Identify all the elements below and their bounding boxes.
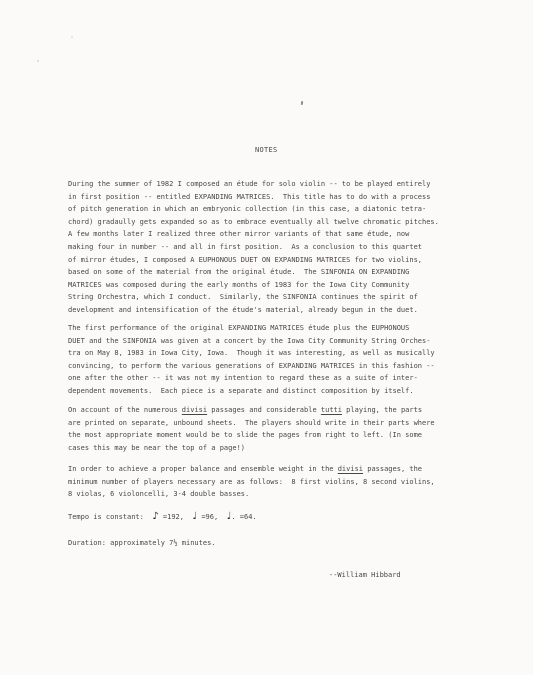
paragraph-composition-history: During the summer of 1982 I composed an … bbox=[68, 178, 439, 317]
underlined-word: divisi bbox=[182, 406, 207, 414]
text-segment: =96, bbox=[197, 513, 227, 521]
text-line: --William Hibbard bbox=[329, 569, 401, 582]
text-line: MATRICES was composed during the early m… bbox=[68, 279, 439, 292]
text-line: A few months later I realized three othe… bbox=[68, 228, 439, 241]
text-segment: Tempo is constant: bbox=[68, 513, 152, 521]
text-segment: MATRICES was composed during the early m… bbox=[68, 281, 409, 289]
text-segment: String Orchestra, which I conduct. Simil… bbox=[68, 293, 418, 301]
underlined-word: tutti bbox=[321, 406, 342, 414]
text-segment: of pitch generation in which an embryoni… bbox=[68, 205, 426, 213]
text-line: making four in number -- and all in firs… bbox=[68, 241, 439, 254]
text-segment: are printed on separate, unbound sheets.… bbox=[68, 419, 435, 427]
text-line: convincing, to perform the various gener… bbox=[68, 360, 435, 373]
text-segment: in first position -- entitled EXPANDING … bbox=[68, 193, 430, 201]
text-line: Duration: approximately 7½ minutes. bbox=[68, 537, 216, 550]
text-segment: During the summer of 1982 I composed an … bbox=[68, 180, 430, 188]
text-line: On account of the numerous divisi passag… bbox=[68, 404, 435, 417]
text-segment: DUET and the SINFONIA was given at a con… bbox=[68, 337, 430, 345]
text-line: the most appropriate moment would be to … bbox=[68, 429, 435, 442]
text-segment: passages and considerable bbox=[207, 406, 321, 414]
text-segment: A few months later I realized three othe… bbox=[68, 230, 409, 238]
text-segment: tra on May 8, 1983 in Iowa City, Iowa. T… bbox=[68, 349, 435, 357]
text-segment: dependent movements. Each piece is a sep… bbox=[68, 387, 414, 395]
scan-speck bbox=[37, 60, 39, 62]
text-line: DUET and the SINFONIA was given at a con… bbox=[68, 335, 435, 348]
text-line: of pitch generation in which an embryoni… bbox=[68, 203, 439, 216]
text-line: String Orchestra, which I conduct. Simil… bbox=[68, 291, 439, 304]
scan-speck bbox=[301, 101, 304, 105]
tempo-line: Tempo is constant: ♪ =192, ♩ =96, ♩. =64… bbox=[68, 511, 257, 524]
text-segment: passages, the bbox=[363, 465, 422, 473]
text-segment: cases this may be near the top of a page… bbox=[68, 444, 245, 452]
text-segment: convincing, to perform the various gener… bbox=[68, 362, 435, 370]
text-line: In order to achieve a proper balance and… bbox=[68, 463, 435, 476]
text-line: development and intensification of the é… bbox=[68, 304, 439, 317]
paragraph-first-performance: The first performance of the original EX… bbox=[68, 322, 435, 398]
paragraph-player-numbers: In order to achieve a proper balance and… bbox=[68, 463, 435, 501]
scan-speck bbox=[71, 36, 73, 38]
text-line: are printed on separate, unbound sheets.… bbox=[68, 417, 435, 430]
text-segment: --William Hibbard bbox=[329, 571, 401, 579]
text-line: in first position -- entitled EXPANDING … bbox=[68, 191, 439, 204]
text-segment: 8 violas, 6 violoncelli, 3-4 double bass… bbox=[68, 490, 249, 498]
text-line: cases this may be near the top of a page… bbox=[68, 442, 435, 455]
text-segment: =192, bbox=[159, 513, 193, 521]
text-segment: chord) gradaully gets expanded so as to … bbox=[68, 218, 439, 226]
text-line: During the summer of 1982 I composed an … bbox=[68, 178, 439, 191]
text-segment: one after the other -- it was not my int… bbox=[68, 374, 418, 382]
text-segment: On account of the numerous bbox=[68, 406, 182, 414]
text-line: one after the other -- it was not my int… bbox=[68, 372, 435, 385]
page-title: NOTES bbox=[255, 144, 278, 157]
text-line: The first performance of the original EX… bbox=[68, 322, 435, 335]
text-line: minimum number of players necessary are … bbox=[68, 476, 435, 489]
text-segment: the most appropriate moment would be to … bbox=[68, 431, 422, 439]
text-segment: The first performance of the original EX… bbox=[68, 324, 409, 332]
text-segment: In order to achieve a proper balance and… bbox=[68, 465, 338, 473]
text-line: based on some of the material from the o… bbox=[68, 266, 439, 279]
text-segment: making four in number -- and all in firs… bbox=[68, 243, 422, 251]
duration-line: Duration: approximately 7½ minutes. bbox=[68, 537, 216, 550]
text-segment: development and intensification of the é… bbox=[68, 306, 418, 314]
text-line: 8 violas, 6 violoncelli, 3-4 double bass… bbox=[68, 488, 435, 501]
text-line: dependent movements. Each piece is a sep… bbox=[68, 385, 435, 398]
underlined-word: divisi bbox=[338, 465, 363, 473]
text-segment: playing, the parts bbox=[342, 406, 422, 414]
text-segment: based on some of the material from the o… bbox=[68, 268, 409, 276]
text-segment: minimum number of players necessary are … bbox=[68, 478, 435, 486]
text-line: Tempo is constant: ♪ =192, ♩ =96, ♩. =64… bbox=[68, 511, 257, 524]
text-line: chord) gradaully gets expanded so as to … bbox=[68, 216, 439, 229]
text-segment: Duration: approximately 7½ minutes. bbox=[68, 539, 216, 547]
paragraph-parts-printing: On account of the numerous divisi passag… bbox=[68, 404, 435, 454]
document-page: NOTES During the summer of 1982 I compos… bbox=[0, 0, 533, 675]
text-line: tra on May 8, 1983 in Iowa City, Iowa. T… bbox=[68, 347, 435, 360]
text-segment: . =64. bbox=[231, 513, 256, 521]
text-segment: of mirror études, I composed A EUPHONOUS… bbox=[68, 256, 422, 264]
text-line: of mirror études, I composed A EUPHONOUS… bbox=[68, 254, 439, 267]
signature: --William Hibbard bbox=[329, 569, 401, 582]
